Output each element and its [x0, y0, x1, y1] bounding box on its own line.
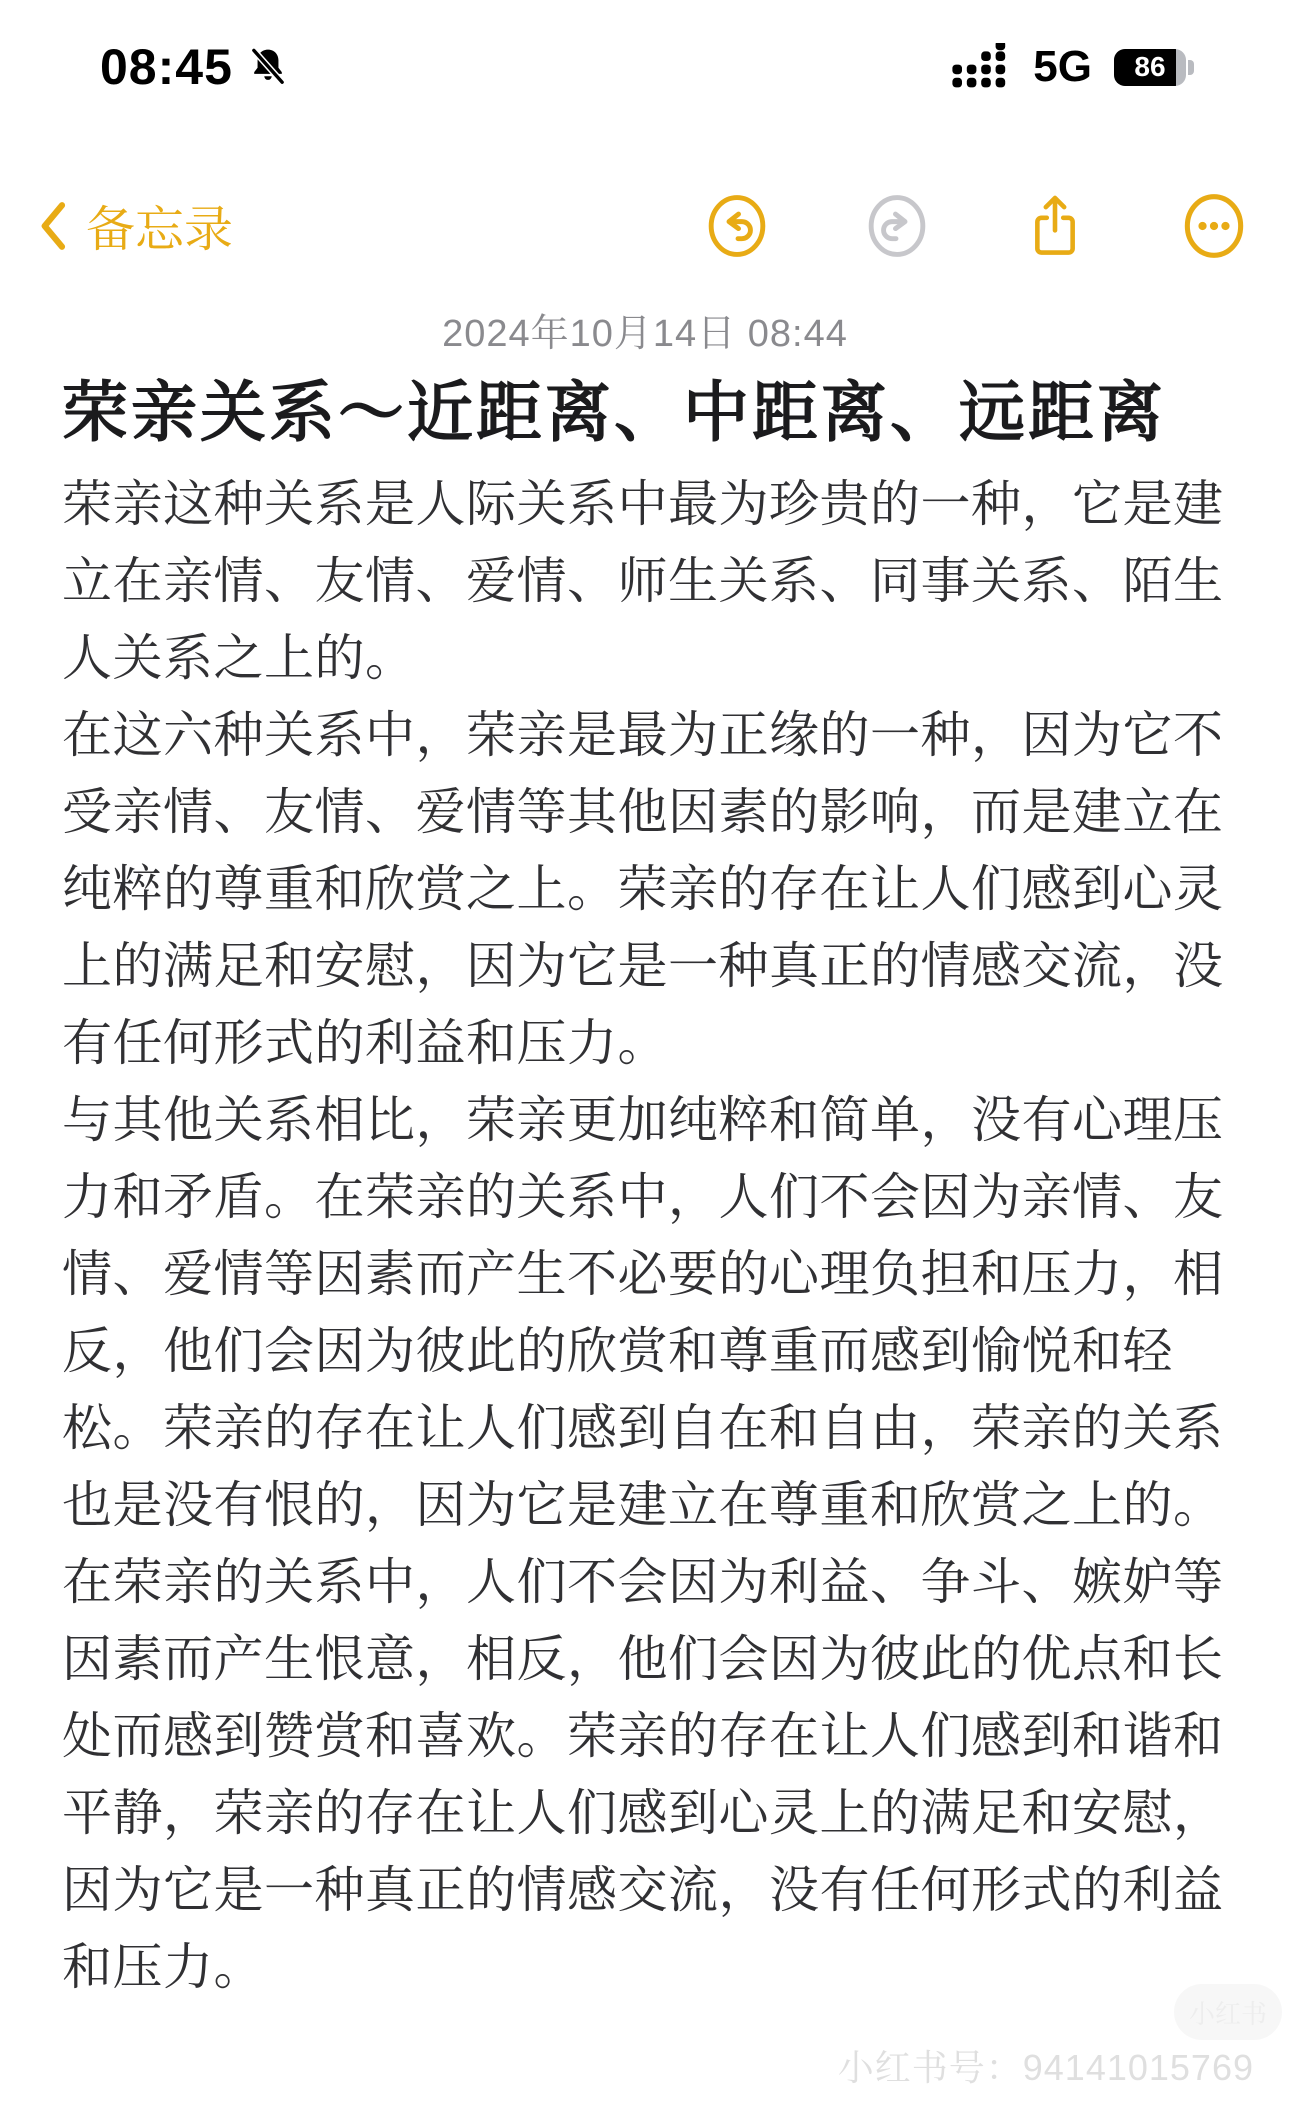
battery-percent: 86 [1114, 49, 1186, 86]
network-type-label: 5G [1033, 42, 1092, 92]
note-paragraph: 在这六种关系中，荣亲是最为正缘的一种，因为它不受亲情、友情、爱情等其他因素的影响… [62, 697, 1234, 1082]
note-date: 2024年10月14日 08:44 [0, 302, 1290, 357]
back-chevron-icon [36, 201, 68, 251]
note-paragraph: 荣亲这种关系是人际关系中最为珍贵的一种，它是建立在亲情、友情、爱情、师生关系、同… [62, 466, 1234, 697]
note-title: 荣亲关系～近距离、中距离、远距离 [62, 366, 1234, 458]
back-button[interactable]: 备忘录 [36, 188, 233, 264]
back-button-label: 备忘录 [86, 191, 233, 261]
undo-button[interactable] [706, 191, 768, 261]
notes-app-screen: 08:45 [0, 0, 1290, 2110]
note-paragraph: 与其他关系相比，荣亲更加纯粹和简单，没有心理压力和矛盾。在荣亲的关系中，人们不会… [62, 1082, 1234, 1544]
more-button[interactable] [1182, 191, 1246, 261]
status-bar: 08:45 [0, 28, 1290, 106]
share-button[interactable] [1026, 188, 1084, 264]
battery-icon: 86 [1114, 49, 1194, 86]
bell-slash-icon [245, 44, 291, 90]
redo-button[interactable] [866, 191, 928, 261]
xiaohongshu-id-watermark: 小红书号：94141015769 [838, 2040, 1254, 2091]
cellular-signal-icon [949, 43, 1011, 91]
status-time: 08:45 [100, 38, 233, 96]
note-paragraph: 在荣亲的关系中，人们不会因为利益、争斗、嫉妒等因素而产生恨意，相反，他们会因为彼… [62, 1544, 1234, 2006]
nav-bar: 备忘录 [0, 188, 1290, 264]
note-editor[interactable]: 荣亲关系～近距离、中距离、远距离 荣亲这种关系是人际关系中最为珍贵的一种，它是建… [62, 366, 1234, 2006]
